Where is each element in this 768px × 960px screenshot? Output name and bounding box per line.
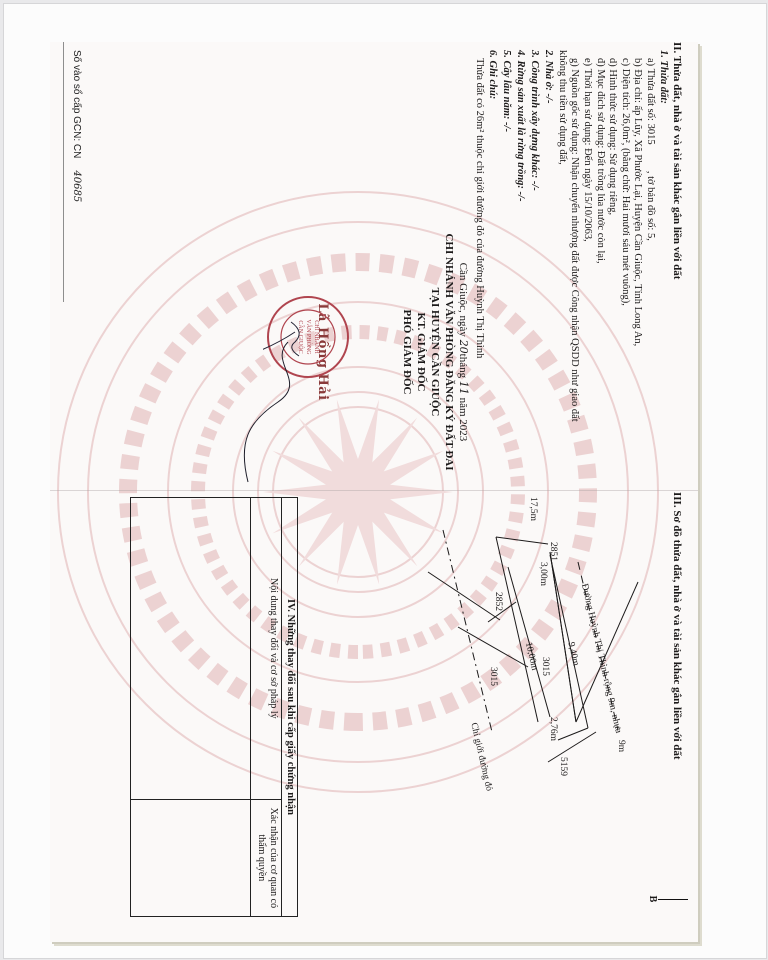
north-arrow-label: B (647, 892, 658, 906)
item-house: 2. Nhà ở: -/- (541, 42, 555, 482)
changes-cell (131, 498, 251, 800)
parcel-line-g-cont: không thu tiền sử dụng đất, (555, 42, 568, 482)
item-forest: 4. Rừng sản xuất là rừng trồng: -/- (513, 42, 527, 482)
date-prefix: Cần Giuộc, ngày (457, 263, 469, 337)
left-half: II. Thửa đất, nhà ở và tài sản khác gắn … (50, 42, 698, 492)
section-ii-title: II. Thửa đất, nhà ở và tài sản khác gắn … (670, 42, 684, 482)
section-ii: II. Thửa đất, nhà ở và tài sản khác gắn … (473, 42, 684, 482)
parcel-neighbor-right: 5159 (558, 757, 568, 776)
signature-stroke (228, 342, 308, 492)
section-iii-title: III. Sơ đồ thửa đất, nhà ở và tài sản kh… (670, 492, 684, 760)
registry-label: Số vào sổ cấp GCN: CN (71, 50, 82, 158)
org-line-1: CHI NHÁNH VĂN PHÒNG ĐĂNG KÝ ĐẤT ĐAI (442, 202, 456, 502)
date-day: 20 (457, 340, 470, 354)
confirmation-cell (131, 799, 251, 916)
parcel-neighbor-left: 2851 (548, 542, 558, 561)
note-text: Thửa đất có 26m² thuộc chỉ giới đường đỏ… (473, 42, 486, 482)
org-line-4: PHÓ GIÁM ĐỐC (400, 202, 414, 502)
date-month-label: tháng (457, 354, 469, 378)
center-fold (50, 490, 698, 491)
issue-date: Cần Giuộc, ngày 20tháng 11 năm 2023 (456, 202, 470, 502)
parcel-main: 3015 (540, 657, 550, 676)
parcel-line-d: d) Hình thức sử dụng: Sử dụng riêng, (606, 42, 619, 482)
parcel-line-dd: đ) Mục đích sử dụng: Đất trồng lúa nước … (593, 42, 606, 482)
dim-setback: 17,5m (528, 497, 538, 521)
item-other-works: 3. Công trình xây dựng khác: -/- (527, 42, 541, 482)
dim-right: 2,76m (548, 717, 558, 741)
north-arrow-line (658, 899, 688, 900)
item-notes: 6. Ghi chú: (485, 42, 499, 482)
parcel-line-a: a) Thửa đất số: 3015 , tờ bản đồ số: 5, (643, 42, 656, 482)
date-year: năm 2023 (457, 398, 469, 442)
org-line-3: KT. GIÁM ĐỐC (414, 202, 428, 502)
changes-table: IV. Những thay đổi sau khi cấp giấy chứn… (130, 497, 298, 917)
col-changes-header: Nội dung thay đổi và cơ sở pháp lý (250, 498, 281, 800)
org-line-2: TẠI HUYỆN CẦN GIUỘC (428, 202, 442, 502)
parcel-line-b: b) Địa chỉ: ấp Lũy, Xã Phước Lại, Huyện … (631, 42, 644, 482)
certificate-content: II. Thửa đất, nhà ở và tài sản khác gắn … (50, 42, 698, 942)
registry-value: 40685 (71, 170, 82, 202)
left-margin-rule (63, 42, 64, 302)
col-confirmation-header: Xác nhận của cơ quan có thẩm quyền (250, 799, 281, 916)
parcel-main-2: 3015 (488, 667, 498, 686)
section-iv-title: IV. Những thay đổi sau khi cấp giấy chứn… (281, 498, 297, 917)
parcel-line-g: g) Nguồn gốc sử dụng: Nhận chuyển nhượng… (568, 42, 581, 482)
dim-left: 3,00m (538, 562, 548, 586)
road-width-label: 9m (616, 740, 626, 752)
date-month: 11 (457, 381, 470, 395)
registry-number: Số vào sổ cấp GCN: CN40685 (71, 50, 82, 250)
item-perennial: 5. Cây lâu năm: -/- (499, 42, 513, 482)
parcel-line-e: e) Thời hạn sử dụng: Đến ngày 15/10/2063… (580, 42, 593, 482)
svg-text:CHI NHÁNH: CHI NHÁNH (313, 320, 321, 354)
parcel-subtitle: 1. Thửa đất: (656, 42, 670, 482)
parcel-neighbor-bottom: 2852 (493, 592, 503, 611)
right-half: III. Sơ đồ thửa đất, nhà ở và tài sản kh… (50, 492, 698, 942)
parcel-line-c: c) Diện tích: 26,0m², (bằng chữ: Hai mươ… (618, 42, 631, 482)
north-arrow: B (647, 892, 688, 906)
